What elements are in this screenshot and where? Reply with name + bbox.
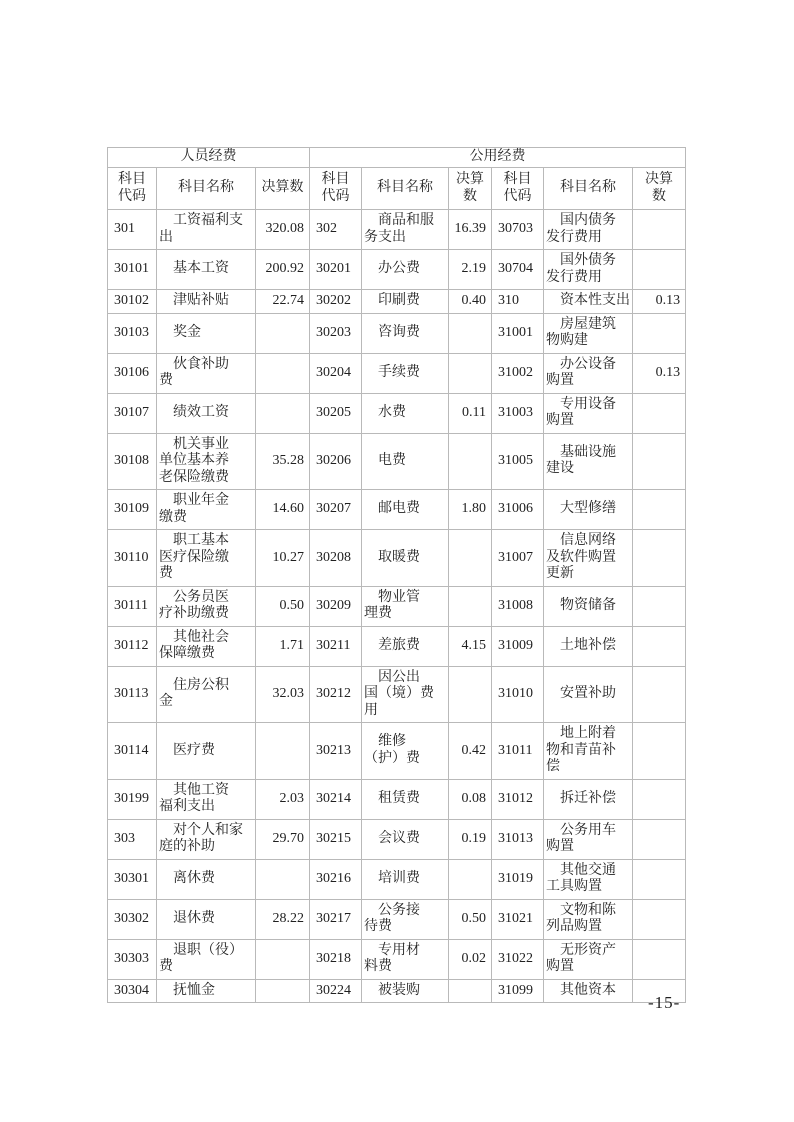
subject-code-cell: 30109 bbox=[108, 490, 157, 530]
amount-cell: 0.08 bbox=[449, 779, 492, 819]
subject-name-cell: 房屋建筑 物购建 bbox=[544, 313, 633, 353]
subject-code-cell: 30108 bbox=[108, 433, 157, 490]
subject-name-cell: 无形资产 购置 bbox=[544, 939, 633, 979]
amount-cell bbox=[256, 723, 310, 780]
amount-cell: 14.60 bbox=[256, 490, 310, 530]
amount-cell bbox=[256, 313, 310, 353]
subject-code-cell: 30107 bbox=[108, 393, 157, 433]
subject-code-cell: 30703 bbox=[492, 210, 544, 250]
subject-code-cell: 302 bbox=[310, 210, 362, 250]
subject-name-cell: 商品和服 务支出 bbox=[362, 210, 449, 250]
subject-name-cell: 住房公积 金 bbox=[157, 666, 256, 723]
subject-code-cell: 30214 bbox=[310, 779, 362, 819]
subject-code-cell: 301 bbox=[108, 210, 157, 250]
subject-name-cell: 地上附着 物和青苗补 偿 bbox=[544, 723, 633, 780]
column-header-subject-name-1: 科目名称 bbox=[157, 168, 256, 210]
amount-cell bbox=[449, 859, 492, 899]
amount-cell: 1.71 bbox=[256, 626, 310, 666]
subject-name-cell: 物业管 理费 bbox=[362, 586, 449, 626]
subject-code-cell: 30112 bbox=[108, 626, 157, 666]
subject-name-cell: 对个人和家 庭的补助 bbox=[157, 819, 256, 859]
table-row: 30107绩效工资30205水费0.1131003专用设备 购置 bbox=[108, 393, 686, 433]
amount-cell bbox=[633, 939, 686, 979]
amount-cell bbox=[633, 819, 686, 859]
subject-name-cell: 职工基本 医疗保险缴 费 bbox=[157, 530, 256, 587]
amount-cell bbox=[633, 859, 686, 899]
subject-name-cell: 公务员医 疗补助缴费 bbox=[157, 586, 256, 626]
subject-code-cell: 30113 bbox=[108, 666, 157, 723]
subject-name-cell: 大型修缮 bbox=[544, 490, 633, 530]
amount-cell bbox=[449, 313, 492, 353]
subject-code-cell: 31099 bbox=[492, 979, 544, 1003]
budget-table: 人员经费 公用经费 科目 代码 科目名称 决算数 科目 代码 科目名称 决算 数… bbox=[107, 147, 686, 1003]
amount-cell bbox=[633, 586, 686, 626]
amount-cell bbox=[449, 353, 492, 393]
amount-cell bbox=[633, 899, 686, 939]
table-row: 30111公务员医 疗补助缴费0.5030209物业管 理费31008物资储备 bbox=[108, 586, 686, 626]
subject-code-cell: 30216 bbox=[310, 859, 362, 899]
subject-code-cell: 31021 bbox=[492, 899, 544, 939]
subject-name-cell: 租赁费 bbox=[362, 779, 449, 819]
subject-name-cell: 其他工资 福利支出 bbox=[157, 779, 256, 819]
amount-cell bbox=[449, 979, 492, 1003]
subject-code-cell: 31006 bbox=[492, 490, 544, 530]
subject-name-cell: 差旅费 bbox=[362, 626, 449, 666]
amount-cell: 32.03 bbox=[256, 666, 310, 723]
subject-code-cell: 30101 bbox=[108, 250, 157, 290]
subject-code-cell: 31013 bbox=[492, 819, 544, 859]
subject-code-cell: 30302 bbox=[108, 899, 157, 939]
amount-cell bbox=[633, 210, 686, 250]
amount-cell bbox=[633, 779, 686, 819]
subject-code-cell: 31005 bbox=[492, 433, 544, 490]
subject-name-cell: 专用材 料费 bbox=[362, 939, 449, 979]
amount-cell bbox=[449, 586, 492, 626]
column-header-final-amount-1: 决算数 bbox=[256, 168, 310, 210]
subject-name-cell: 培训费 bbox=[362, 859, 449, 899]
subject-code-cell: 30215 bbox=[310, 819, 362, 859]
subject-name-cell: 会议费 bbox=[362, 819, 449, 859]
subject-name-cell: 国内债务 发行费用 bbox=[544, 210, 633, 250]
group-header-public-funds: 公用经费 bbox=[310, 148, 686, 168]
table-row: 30301离休费30216培训费31019其他交通 工具购置 bbox=[108, 859, 686, 899]
subject-name-cell: 抚恤金 bbox=[157, 979, 256, 1003]
amount-cell bbox=[633, 723, 686, 780]
group-header-personnel-funds: 人员经费 bbox=[108, 148, 310, 168]
amount-cell: 0.13 bbox=[633, 353, 686, 393]
table-row: 30304抚恤金30224被装购31099其他资本 bbox=[108, 979, 686, 1003]
subject-name-cell: 基本工资 bbox=[157, 250, 256, 290]
subject-code-cell: 30304 bbox=[108, 979, 157, 1003]
subject-name-cell: 医疗费 bbox=[157, 723, 256, 780]
subject-name-cell: 其他交通 工具购置 bbox=[544, 859, 633, 899]
amount-cell bbox=[633, 393, 686, 433]
subject-name-cell: 安置补助 bbox=[544, 666, 633, 723]
subject-name-cell: 咨询费 bbox=[362, 313, 449, 353]
amount-cell bbox=[633, 666, 686, 723]
amount-cell: 2.19 bbox=[449, 250, 492, 290]
subject-code-cell: 30217 bbox=[310, 899, 362, 939]
table-row: 30103奖金30203咨询费31001房屋建筑 物购建 bbox=[108, 313, 686, 353]
amount-cell: 0.02 bbox=[449, 939, 492, 979]
amount-cell: 0.19 bbox=[449, 819, 492, 859]
table-row: 30303退职（役） 费30218专用材 料费0.0231022无形资产 购置 bbox=[108, 939, 686, 979]
subject-code-cell: 30212 bbox=[310, 666, 362, 723]
subject-code-cell: 310 bbox=[492, 290, 544, 314]
subject-code-cell: 30704 bbox=[492, 250, 544, 290]
table-row: 30114医疗费30213维修 （护）费0.4231011地上附着 物和青苗补 … bbox=[108, 723, 686, 780]
subject-code-cell: 30110 bbox=[108, 530, 157, 587]
subject-name-cell: 被装购 bbox=[362, 979, 449, 1003]
subject-name-cell: 手续费 bbox=[362, 353, 449, 393]
amount-cell bbox=[256, 353, 310, 393]
subject-code-cell: 31002 bbox=[492, 353, 544, 393]
subject-name-cell: 信息网络 及软件购置 更新 bbox=[544, 530, 633, 587]
table-row: 30106伙食补助 费30204手续费31002办公设备 购置0.13 bbox=[108, 353, 686, 393]
subject-code-cell: 30102 bbox=[108, 290, 157, 314]
subject-code-cell: 30209 bbox=[310, 586, 362, 626]
amount-cell: 0.11 bbox=[449, 393, 492, 433]
subject-code-cell: 30202 bbox=[310, 290, 362, 314]
subject-code-cell: 30213 bbox=[310, 723, 362, 780]
amount-cell: 0.50 bbox=[449, 899, 492, 939]
document-page: 人员经费 公用经费 科目 代码 科目名称 决算数 科目 代码 科目名称 决算 数… bbox=[0, 0, 794, 1122]
amount-cell: 320.08 bbox=[256, 210, 310, 250]
subject-code-cell: 31012 bbox=[492, 779, 544, 819]
amount-cell: 10.27 bbox=[256, 530, 310, 587]
subject-code-cell: 31003 bbox=[492, 393, 544, 433]
subject-name-cell: 伙食补助 费 bbox=[157, 353, 256, 393]
subject-name-cell: 机关事业 单位基本养 老保险缴费 bbox=[157, 433, 256, 490]
subject-code-cell: 30301 bbox=[108, 859, 157, 899]
subject-name-cell: 绩效工资 bbox=[157, 393, 256, 433]
subject-name-cell: 电费 bbox=[362, 433, 449, 490]
subject-code-cell: 31019 bbox=[492, 859, 544, 899]
subject-name-cell: 拆迁补偿 bbox=[544, 779, 633, 819]
subject-name-cell: 津贴补贴 bbox=[157, 290, 256, 314]
subject-code-cell: 30103 bbox=[108, 313, 157, 353]
amount-cell: 0.50 bbox=[256, 586, 310, 626]
subject-name-cell: 专用设备 购置 bbox=[544, 393, 633, 433]
subject-code-cell: 30218 bbox=[310, 939, 362, 979]
amount-cell bbox=[633, 433, 686, 490]
subject-code-cell: 31010 bbox=[492, 666, 544, 723]
subject-name-cell: 公务用车 购置 bbox=[544, 819, 633, 859]
amount-cell: 22.74 bbox=[256, 290, 310, 314]
table-row: 30112其他社会 保障缴费1.7130211差旅费4.1531009土地补偿 bbox=[108, 626, 686, 666]
table-row: 303对个人和家 庭的补助29.7030215会议费0.1931013公务用车 … bbox=[108, 819, 686, 859]
subject-name-cell: 工资福利支 出 bbox=[157, 210, 256, 250]
amount-cell: 1.80 bbox=[449, 490, 492, 530]
amount-cell: 200.92 bbox=[256, 250, 310, 290]
subject-name-cell: 邮电费 bbox=[362, 490, 449, 530]
subject-code-cell: 31011 bbox=[492, 723, 544, 780]
group-header-row: 人员经费 公用经费 bbox=[108, 148, 686, 168]
subject-code-cell: 30204 bbox=[310, 353, 362, 393]
subject-code-cell: 30224 bbox=[310, 979, 362, 1003]
table-row: 30110职工基本 医疗保险缴 费10.2730208取暖费31007信息网络 … bbox=[108, 530, 686, 587]
table-row: 30109职业年金 缴费14.6030207邮电费1.8031006大型修缮 bbox=[108, 490, 686, 530]
column-header-subject-name-3: 科目名称 bbox=[544, 168, 633, 210]
subject-name-cell: 办公设备 购置 bbox=[544, 353, 633, 393]
subject-name-cell: 其他社会 保障缴费 bbox=[157, 626, 256, 666]
amount-cell bbox=[633, 530, 686, 587]
table-row: 30302退休费28.2230217公务接 待费0.5031021文物和陈 列品… bbox=[108, 899, 686, 939]
amount-cell: 35.28 bbox=[256, 433, 310, 490]
amount-cell: 2.03 bbox=[256, 779, 310, 819]
subject-name-cell: 办公费 bbox=[362, 250, 449, 290]
subject-name-cell: 职业年金 缴费 bbox=[157, 490, 256, 530]
subject-code-cell: 30201 bbox=[310, 250, 362, 290]
table-header: 人员经费 公用经费 科目 代码 科目名称 决算数 科目 代码 科目名称 决算 数… bbox=[108, 148, 686, 210]
subject-code-cell: 30208 bbox=[310, 530, 362, 587]
subject-name-cell: 奖金 bbox=[157, 313, 256, 353]
amount-cell bbox=[449, 666, 492, 723]
subject-code-cell: 30207 bbox=[310, 490, 362, 530]
subject-name-cell: 文物和陈 列品购置 bbox=[544, 899, 633, 939]
table-row: 301工资福利支 出320.08302商品和服 务支出16.3930703国内债… bbox=[108, 210, 686, 250]
table-row: 30102津贴补贴22.7430202印刷费0.40310资本性支出0.13 bbox=[108, 290, 686, 314]
subject-code-cell: 30111 bbox=[108, 586, 157, 626]
column-header-subject-code-2: 科目 代码 bbox=[310, 168, 362, 210]
column-header-final-amount-3: 决算 数 bbox=[633, 168, 686, 210]
amount-cell bbox=[633, 490, 686, 530]
amount-cell bbox=[633, 313, 686, 353]
amount-cell: 0.42 bbox=[449, 723, 492, 780]
table-row: 30113住房公积 金32.0330212因公出 国（境）费 用31010安置补… bbox=[108, 666, 686, 723]
subject-name-cell: 退休费 bbox=[157, 899, 256, 939]
subject-code-cell: 30114 bbox=[108, 723, 157, 780]
subject-name-cell: 土地补偿 bbox=[544, 626, 633, 666]
table-row: 30199其他工资 福利支出2.0330214租赁费0.0831012拆迁补偿 bbox=[108, 779, 686, 819]
amount-cell bbox=[256, 393, 310, 433]
amount-cell bbox=[449, 530, 492, 587]
column-header-subject-code-3: 科目 代码 bbox=[492, 168, 544, 210]
subject-code-cell: 30205 bbox=[310, 393, 362, 433]
subject-name-cell: 退职（役） 费 bbox=[157, 939, 256, 979]
subject-code-cell: 31001 bbox=[492, 313, 544, 353]
amount-cell: 4.15 bbox=[449, 626, 492, 666]
amount-cell: 0.13 bbox=[633, 290, 686, 314]
table-row: 30101基本工资200.9230201办公费2.1930704国外债务 发行费… bbox=[108, 250, 686, 290]
column-header-final-amount-2: 决算 数 bbox=[449, 168, 492, 210]
subject-name-cell: 基础设施 建设 bbox=[544, 433, 633, 490]
subject-code-cell: 30206 bbox=[310, 433, 362, 490]
amount-cell: 16.39 bbox=[449, 210, 492, 250]
subject-code-cell: 30199 bbox=[108, 779, 157, 819]
subject-name-cell: 物资储备 bbox=[544, 586, 633, 626]
subject-name-cell: 水费 bbox=[362, 393, 449, 433]
page-number: -15- bbox=[648, 993, 680, 1013]
subject-name-cell: 其他资本 bbox=[544, 979, 633, 1003]
subject-name-cell: 印刷费 bbox=[362, 290, 449, 314]
subject-name-cell: 维修 （护）费 bbox=[362, 723, 449, 780]
subject-name-cell: 资本性支出 bbox=[544, 290, 633, 314]
subject-code-cell: 31009 bbox=[492, 626, 544, 666]
amount-cell bbox=[256, 979, 310, 1003]
subject-code-cell: 30106 bbox=[108, 353, 157, 393]
amount-cell bbox=[256, 939, 310, 979]
subject-name-cell: 国外债务 发行费用 bbox=[544, 250, 633, 290]
subject-code-cell: 30203 bbox=[310, 313, 362, 353]
amount-cell: 29.70 bbox=[256, 819, 310, 859]
subject-code-cell: 31022 bbox=[492, 939, 544, 979]
amount-cell bbox=[449, 433, 492, 490]
amount-cell: 28.22 bbox=[256, 899, 310, 939]
amount-cell bbox=[256, 859, 310, 899]
amount-cell bbox=[633, 250, 686, 290]
subject-code-cell: 31007 bbox=[492, 530, 544, 587]
subject-code-cell: 303 bbox=[108, 819, 157, 859]
subject-code-cell: 30211 bbox=[310, 626, 362, 666]
column-header-subject-name-2: 科目名称 bbox=[362, 168, 449, 210]
column-header-subject-code-1: 科目 代码 bbox=[108, 168, 157, 210]
amount-cell bbox=[633, 626, 686, 666]
column-header-row: 科目 代码 科目名称 决算数 科目 代码 科目名称 决算 数 科目 代码 科目名… bbox=[108, 168, 686, 210]
subject-code-cell: 30303 bbox=[108, 939, 157, 979]
subject-name-cell: 取暖费 bbox=[362, 530, 449, 587]
subject-code-cell: 31008 bbox=[492, 586, 544, 626]
table-body: 301工资福利支 出320.08302商品和服 务支出16.3930703国内债… bbox=[108, 210, 686, 1003]
subject-name-cell: 公务接 待费 bbox=[362, 899, 449, 939]
subject-name-cell: 离休费 bbox=[157, 859, 256, 899]
amount-cell: 0.40 bbox=[449, 290, 492, 314]
subject-name-cell: 因公出 国（境）费 用 bbox=[362, 666, 449, 723]
table-row: 30108机关事业 单位基本养 老保险缴费35.2830206电费31005基础… bbox=[108, 433, 686, 490]
